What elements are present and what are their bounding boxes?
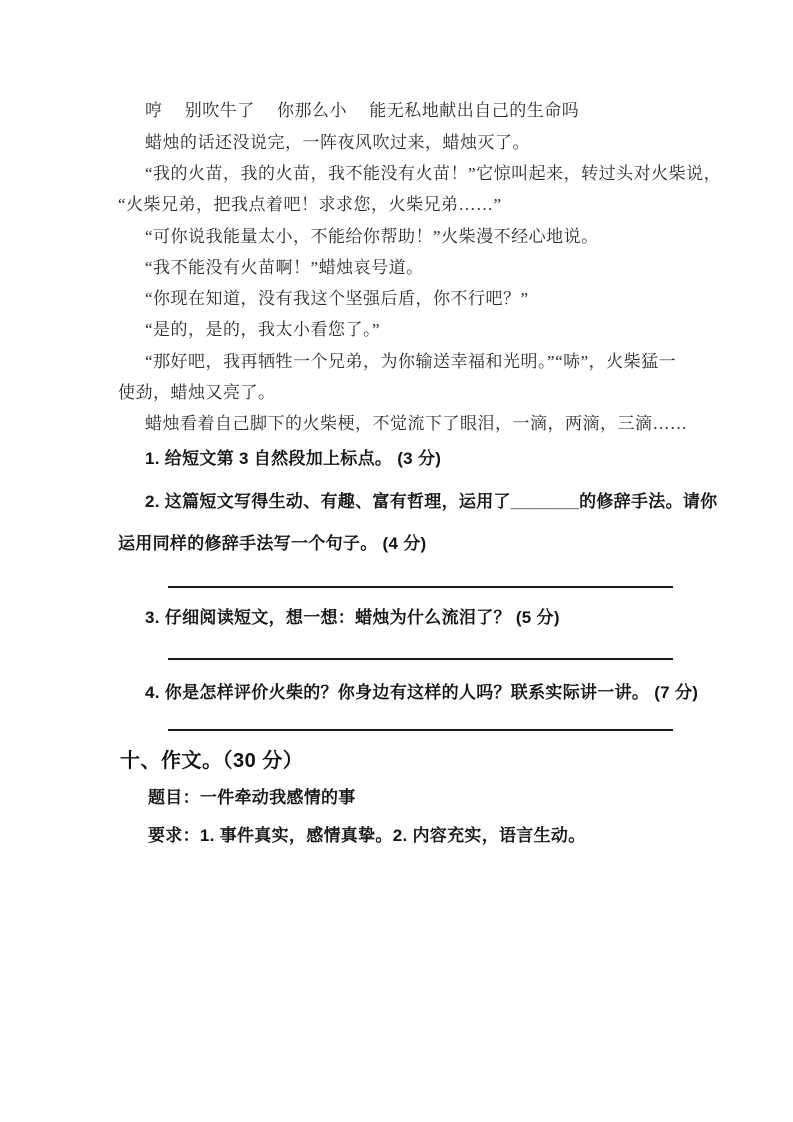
essay-title-line: 题目：一件牵动我感情的事 — [148, 783, 356, 808]
essay-requirements: 要求：1. 事件真实，感情真挚。2. 内容充实，语言生动。 — [148, 821, 586, 846]
passage-line-10: 使劲，蜡烛又亮了。 — [118, 382, 678, 404]
answer-rule-line-2 — [168, 658, 673, 660]
passage-line-9: “那好吧，我再牺牲一个兄弟，为你输送幸福和光明。”“哧”，火柴猛一 — [118, 351, 705, 373]
passage-line-7: “你现在知道，没有我这个坚强后盾，你不行吧？” — [118, 288, 705, 310]
essay-section-heading: 十、作文。（30 分） — [120, 744, 303, 773]
answer-rule-line-1 — [168, 586, 673, 588]
passage-line-11: 蜡烛看着自己脚下的火柴梗，不觉流下了眼泪，一滴，两滴，三滴…… — [118, 413, 705, 435]
passage-line-3: “我的火苗，我的火苗，我不能没有火苗！”它惊叫起来，转过头对火柴说， — [118, 163, 705, 185]
passage-line-8: “是的，是的，我太小看您了。” — [118, 319, 705, 341]
passage-line-4: “火柴兄弟，把我点着吧！求求您，火柴兄弟……” — [118, 194, 678, 216]
question-1: 1. 给短文第 3 自然段加上标点。 (3 分) — [118, 448, 711, 470]
answer-rule-line-3 — [168, 729, 673, 731]
passage-line-6: “我不能没有火苗啊！”蜡烛哀号道。 — [118, 257, 705, 279]
passage-line-2: 蜡烛的话还没说完，一阵夜风吹过来，蜡烛灭了。 — [118, 132, 705, 154]
passage-line-1: 哼 别吹牛了 你那么小 能无私地献出自己的生命吗 — [118, 100, 705, 122]
question-3: 3. 仔细阅读短文，想一想：蜡烛为什么流泪了？ (5 分) — [118, 607, 711, 629]
passage-line-5: “可你说我能量太小，不能给你帮助！”火柴漫不经心地说。 — [118, 226, 705, 248]
question-2-line-1: 2. 这篇短文写得生动、有趣、富有哲理，运用了_______的修辞手法。请你 — [118, 491, 711, 513]
exam-page: 哼 别吹牛了 你那么小 能无私地献出自己的生命吗 蜡烛的话还没说完，一阵夜风吹过… — [0, 0, 793, 1122]
question-2-line-2: 运用同样的修辞手法写一个句子。 (4 分) — [118, 533, 684, 555]
question-4: 4. 你是怎样评价火柴的？你身边有这样的人吗？联系实际讲一讲。 (7 分) — [118, 682, 711, 704]
